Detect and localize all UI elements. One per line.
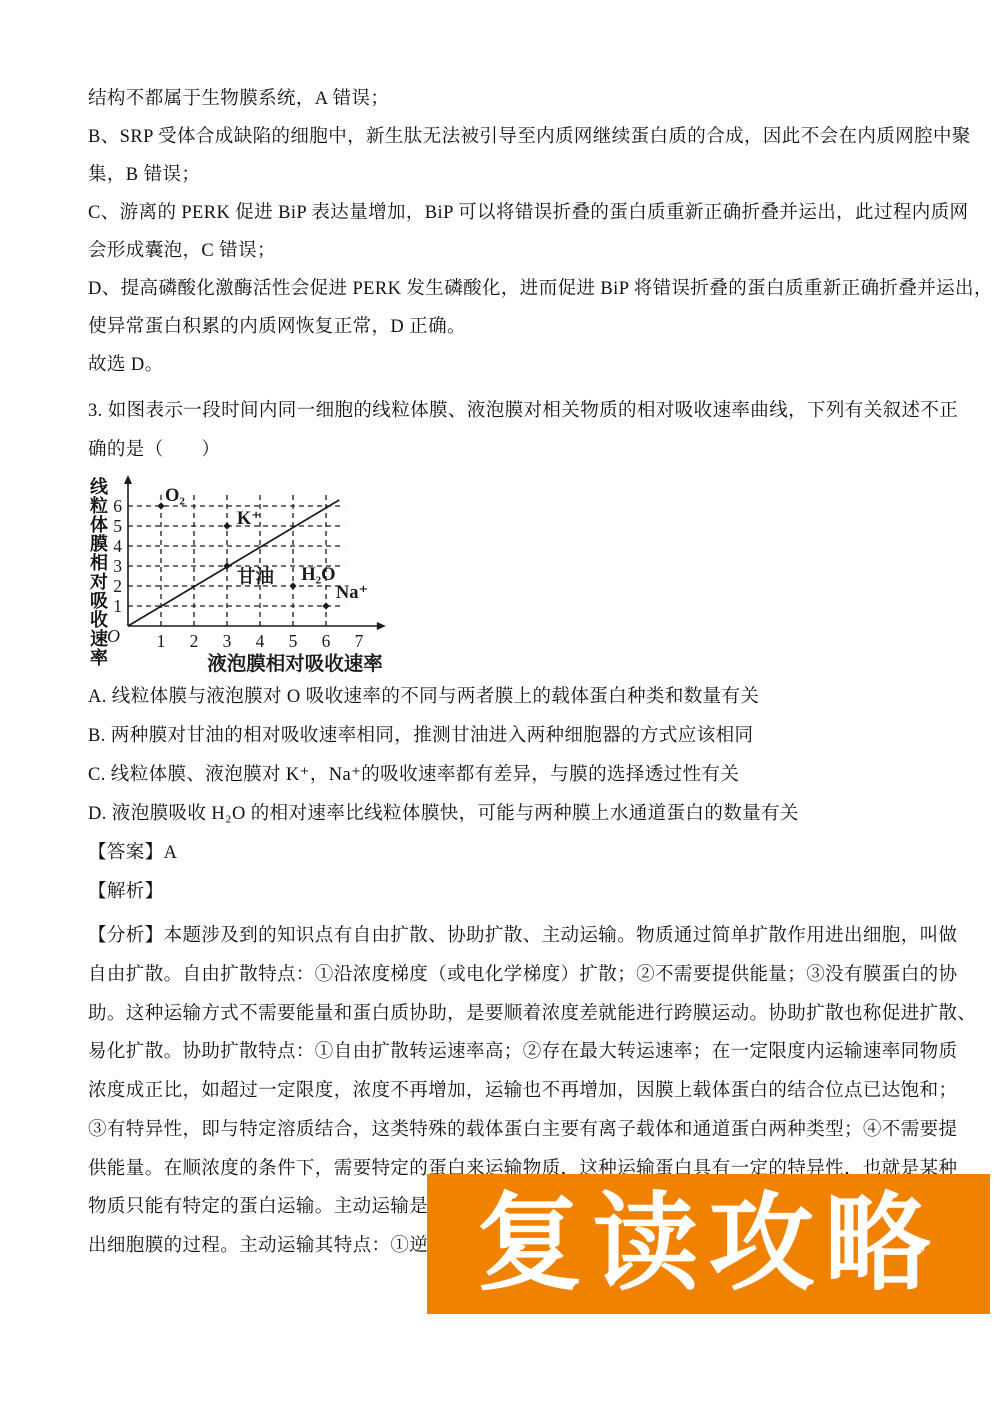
x-tick-label: 3 bbox=[223, 631, 232, 651]
solution-text-line: C、游离的 PERK 促进 BiP 表达量增加，BiP 可以将错误折叠的蛋白质重… bbox=[88, 194, 948, 232]
solution-text-line: B、SRP 受体合成缺陷的细胞中，新生肽无法被引导至内质网继续蛋白质的合成，因此… bbox=[88, 118, 948, 156]
solution-text-line: 会形成囊泡，C 错误； bbox=[88, 232, 948, 270]
y-tick-label: 4 bbox=[113, 536, 122, 556]
question3-options: A. 线粒体膜与液泡膜对 O 吸收速率的不同与两者膜上的载体蛋白种类和数量有关B… bbox=[88, 678, 948, 834]
chart-y-axis-label: 线粒体膜相对吸收速率 bbox=[88, 478, 110, 668]
y-axis-label-char: 对 bbox=[88, 573, 110, 592]
question3-stem: 3. 如图表示一段时间内同一细胞的线粒体膜、液泡膜对相关物质的相对吸收速率曲线，… bbox=[88, 392, 948, 470]
y-axis-label-char: 速 bbox=[88, 630, 110, 649]
y-axis-label-char: 粒 bbox=[88, 497, 110, 516]
y-tick-label: 3 bbox=[113, 556, 122, 576]
analysis-text-line: ③有特异性，即与特定溶质结合，这类特殊的载体蛋白主要有离子载体和通道蛋白两种类型… bbox=[88, 1111, 948, 1150]
x-tick-label: 7 bbox=[355, 631, 364, 651]
x-tick-label: 5 bbox=[289, 631, 298, 651]
y-axis-label-char: 线 bbox=[88, 478, 110, 497]
chart-point bbox=[157, 502, 164, 509]
answer-line: 【答案】A bbox=[88, 834, 948, 873]
x-tick-label: 4 bbox=[256, 631, 265, 651]
question-stem-line: 确的是（ ） bbox=[88, 431, 948, 470]
y-axis-label-char: 体 bbox=[88, 516, 110, 535]
analysis-text-line: 助。这种运输方式不需要能量和蛋白质协助，是要顺着浓度差就能进行跨膜运动。协助扩散… bbox=[88, 995, 948, 1034]
option-line: C. 线粒体膜、液泡膜对 K⁺，Na⁺的吸收速率都有差异，与膜的选择透过性有关 bbox=[88, 756, 948, 795]
y-tick-label: 6 bbox=[113, 496, 122, 516]
y-tick-label: 1 bbox=[113, 596, 122, 616]
y-axis-label-char: 相 bbox=[88, 554, 110, 573]
chart-point-label: H₂O bbox=[301, 565, 335, 585]
chart-point bbox=[223, 522, 230, 529]
solution-text-line: 使异常蛋白积累的内质网恢复正常，D 正确。 bbox=[88, 308, 948, 346]
analysis-text-line: 自由扩散。自由扩散特点：①沿浓度梯度（或电化学梯度）扩散；②不需要提供能量；③没… bbox=[88, 956, 948, 995]
question-stem-line: 3. 如图表示一段时间内同一细胞的线粒体膜、液泡膜对相关物质的相对吸收速率曲线，… bbox=[88, 392, 948, 431]
analysis-text-line: 浓度成正比，如超过一定限度，浓度不再增加，运输也不再增加，因膜上载体蛋白的结合位… bbox=[88, 1072, 948, 1111]
y-axis-label-char: 率 bbox=[88, 649, 110, 668]
absorption-rate-chart: 线粒体膜相对吸收速率 1234567123456OO₂K⁺甘油H₂ONa⁺液泡膜… bbox=[88, 474, 418, 680]
y-tick-label: 2 bbox=[113, 576, 122, 596]
solution-text-line: 结构不都属于生物膜系统，A 错误； bbox=[88, 80, 948, 118]
x-tick-label: 6 bbox=[322, 631, 331, 651]
y-axis-arrow bbox=[124, 475, 132, 484]
chart-point-label: 甘油 bbox=[237, 566, 275, 588]
option-line: D. 液泡膜吸收 H₂O 的相对速率比线粒体膜快，可能与两种膜上水通道蛋白的数量… bbox=[88, 795, 948, 834]
x-axis-arrow bbox=[377, 622, 386, 630]
chart-point-label: K⁺ bbox=[237, 509, 261, 529]
question2-solution-paragraph: 结构不都属于生物膜系统，A 错误；B、SRP 受体合成缺陷的细胞中，新生肽无法被… bbox=[88, 80, 948, 384]
trend-line bbox=[128, 500, 339, 626]
analysis-text-line: 易化扩散。协助扩散特点：①自由扩散转运速率高；②存在最大转运速率；在一定限度内运… bbox=[88, 1033, 948, 1072]
analysis-header: 【解析】 bbox=[88, 873, 948, 912]
chart-point bbox=[289, 582, 296, 589]
option-line: B. 两种膜对甘油的相对吸收速率相同，推测甘油进入两种细胞器的方式应该相同 bbox=[88, 717, 948, 756]
chart-point-label: O₂ bbox=[165, 486, 185, 506]
y-axis-label-char: 收 bbox=[88, 611, 110, 630]
solution-text-line: 故选 D。 bbox=[88, 346, 948, 384]
analysis-text-line: 【分析】本题涉及到的知识点有自由扩散、协助扩散、主动运输。物质通过简单扩散作用进… bbox=[88, 917, 948, 956]
origin-label: O bbox=[108, 626, 120, 646]
option-line: A. 线粒体膜与液泡膜对 O 吸收速率的不同与两者膜上的载体蛋白种类和数量有关 bbox=[88, 678, 948, 717]
y-axis-label-char: 吸 bbox=[88, 592, 110, 611]
x-tick-label: 1 bbox=[157, 631, 166, 651]
chart-point-label: Na⁺ bbox=[336, 583, 368, 603]
banner-text: 复读攻略 bbox=[477, 1191, 941, 1297]
answer-block: 【答案】A 【解析】 bbox=[88, 834, 948, 912]
chart-canvas: 1234567123456OO₂K⁺甘油H₂ONa⁺液泡膜相对吸收速率 bbox=[108, 474, 408, 680]
chart-point bbox=[322, 602, 329, 609]
fudu-gonglue-banner: 复读攻略 bbox=[427, 1174, 990, 1314]
y-tick-label: 5 bbox=[113, 516, 122, 536]
x-tick-label: 2 bbox=[190, 631, 199, 651]
solution-text-line: D、提高磷酸化激酶活性会促进 PERK 发生磷酸化，进而促进 BiP 将错误折叠… bbox=[88, 270, 948, 308]
y-axis-label-char: 膜 bbox=[88, 535, 110, 554]
solution-text-line: 集，B 错误； bbox=[88, 156, 948, 194]
exam-solution-page: 结构不都属于生物膜系统，A 错误；B、SRP 受体合成缺陷的细胞中，新生肽无法被… bbox=[0, 0, 1000, 1414]
x-axis-label: 液泡膜相对吸收速率 bbox=[207, 652, 383, 675]
